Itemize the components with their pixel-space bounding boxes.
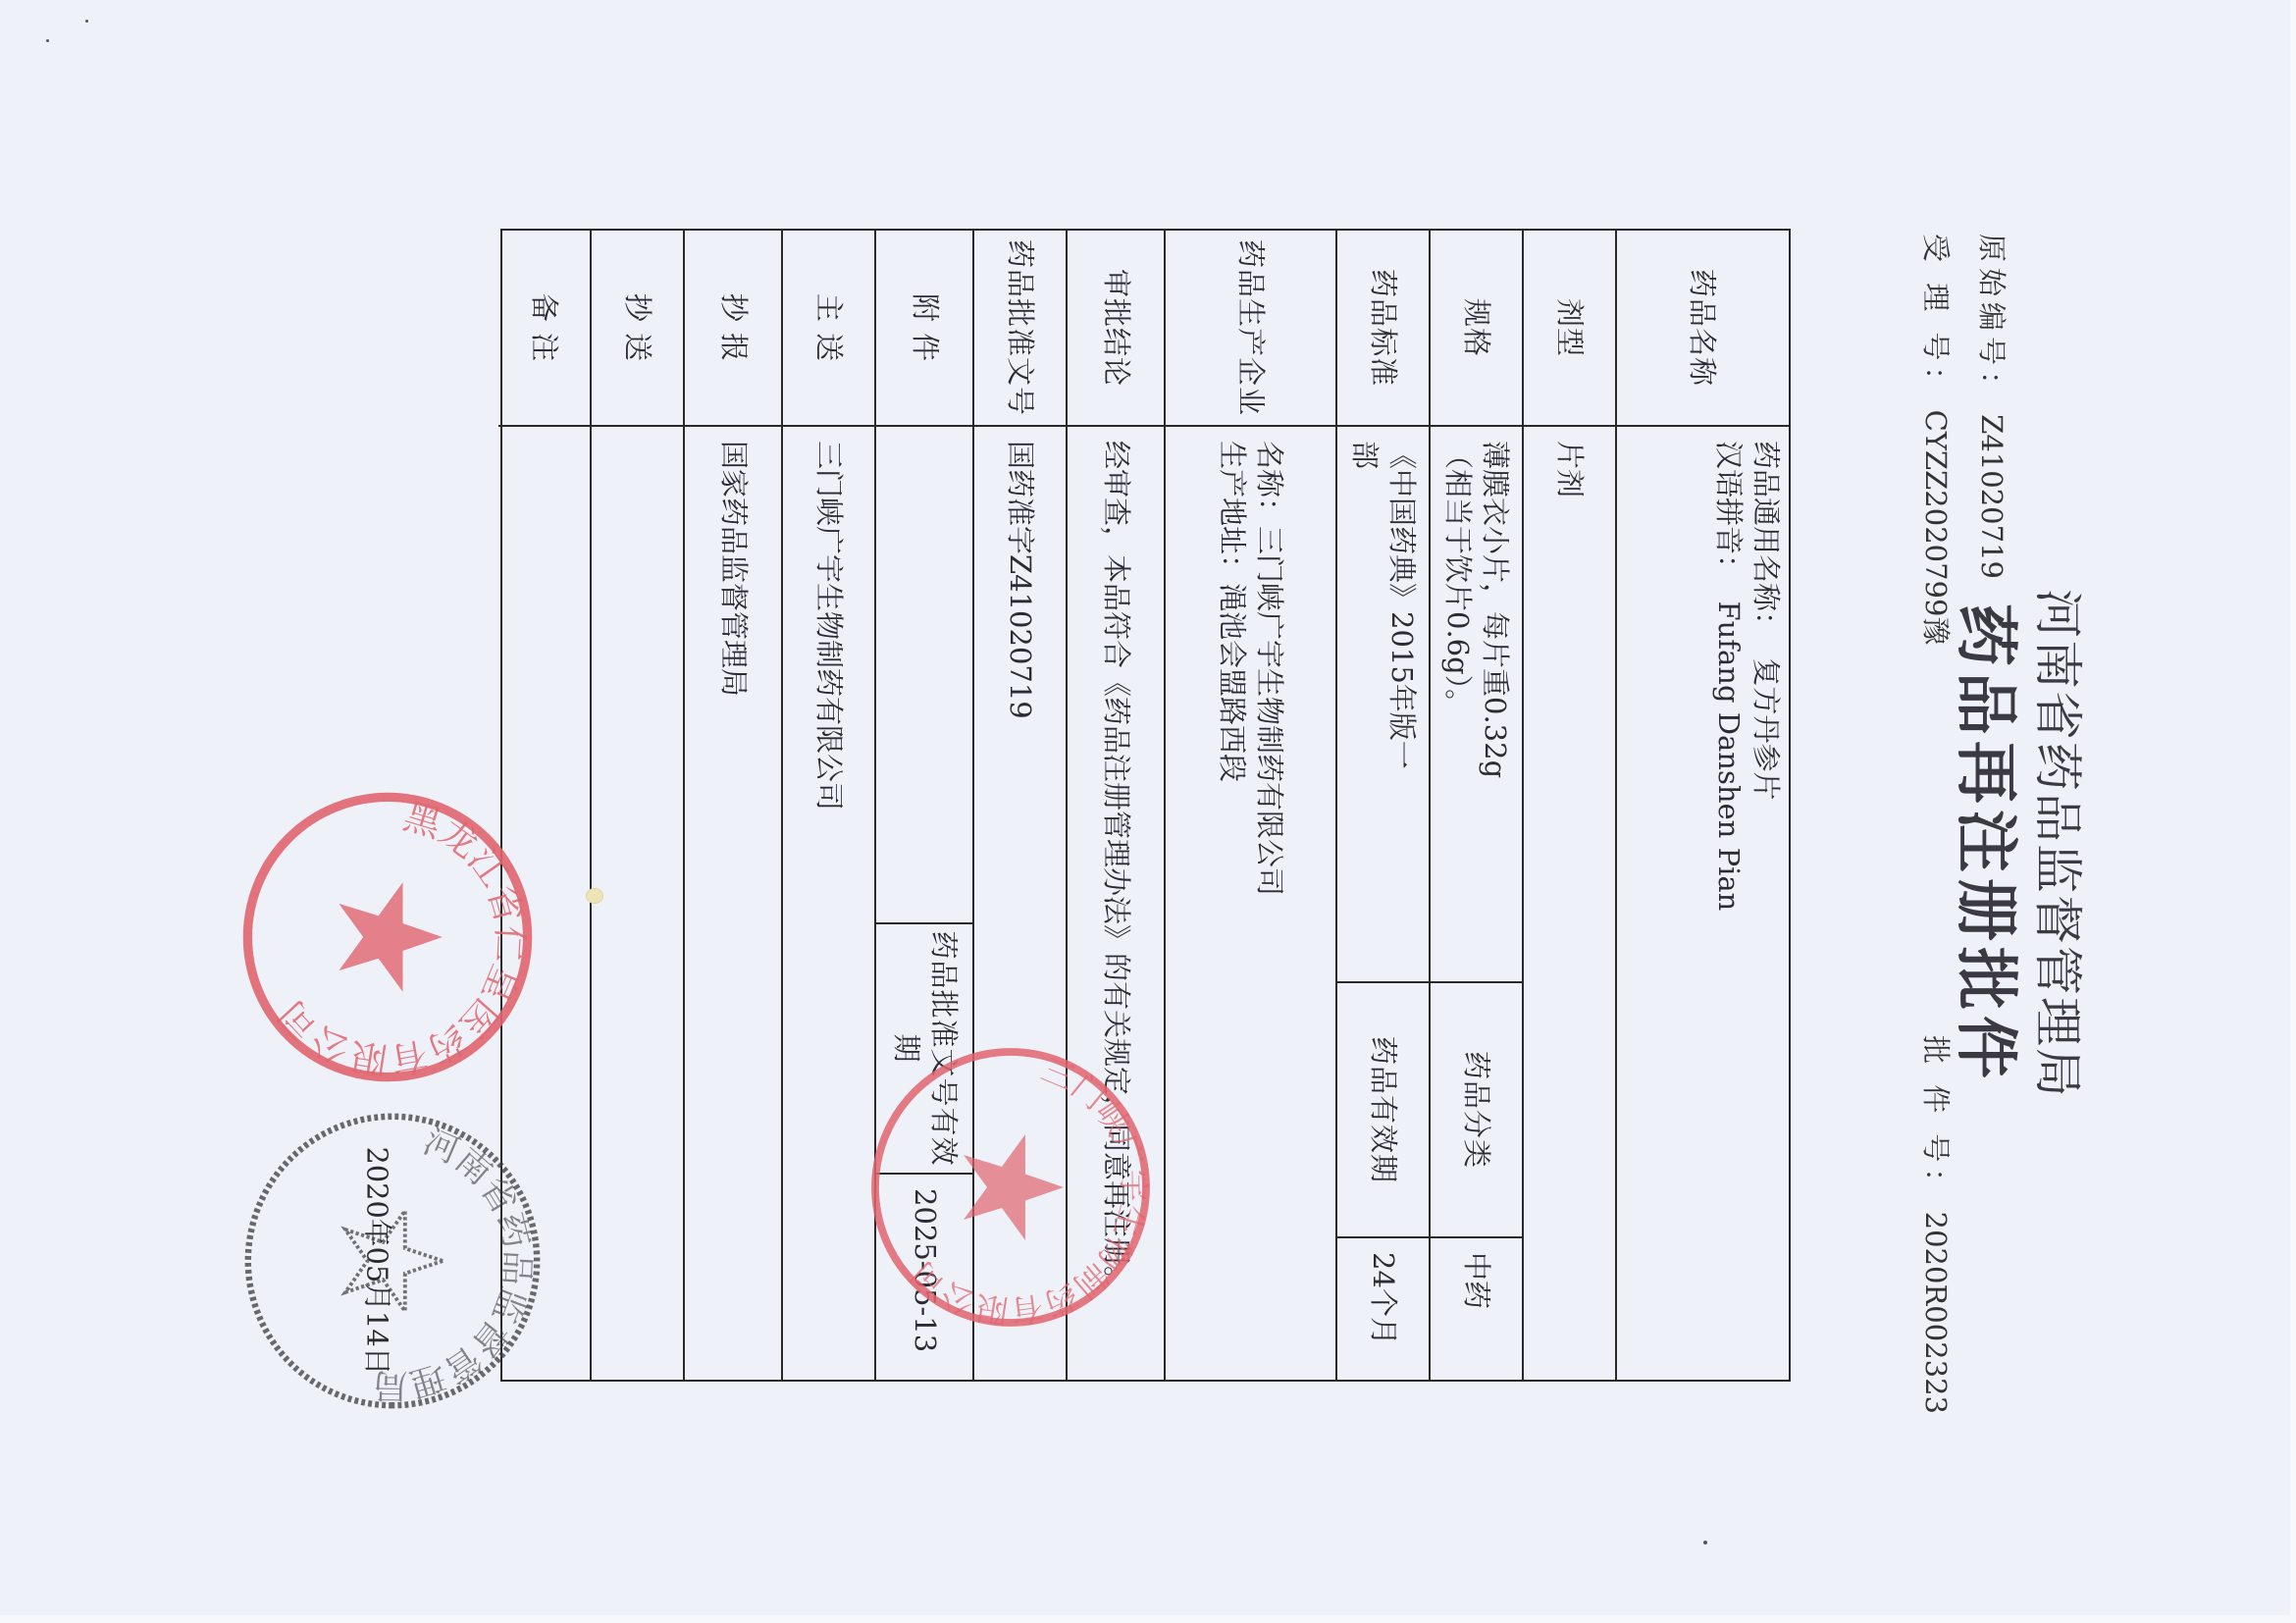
original-number-label: 原始编号： (1975, 234, 2009, 405)
company-seal: 三门峡广宇生物制药有限公司 (863, 1040, 1158, 1335)
acceptance-number: 受 理 号： CYZZ2020799豫 (1917, 234, 1957, 645)
copy-to-value (592, 427, 685, 1379)
original-number: 原始编号： Z41020719 (1973, 234, 2013, 579)
specification-line-1: 薄膜衣小片，每片重0.32g (1478, 441, 1515, 778)
drug-name-value: 药品通用名称： 复方丹参片 汉语拼音： Fufang Danshen Pian (1617, 427, 1789, 1379)
manufacturer-address: 渑池会盟路西段 (1217, 583, 1250, 782)
drug-name-label: 药品名称 (1617, 231, 1789, 425)
standard-line-2: 部 (1347, 441, 1384, 469)
dosage-form-label: 剂型 (1524, 231, 1617, 425)
common-name: 复方丹参片 (1749, 657, 1783, 800)
issuing-organization: 河南省药品监督管理局 (2026, 550, 2097, 1138)
agent-seal: 黑龙江省仁皇医药有限公司 (235, 785, 540, 1089)
standard-line-1: 《中国药典》2015年版一 (1384, 441, 1422, 769)
pinyin: Fufang Danshen Pian (1712, 601, 1746, 911)
report-to-label: 抄 报 (685, 231, 783, 425)
report-to-value: 国家药品监督管理局 (685, 427, 783, 1379)
manufacturer-value: 名称：三门峡广宇生物制药有限公司 生产地址：渑池会盟路西段 (1166, 427, 1337, 1379)
common-name-label: 药品通用名称： (1749, 441, 1783, 640)
acceptance-number-value: CYZZ2020799豫 (1919, 410, 1953, 646)
paper-stain (586, 888, 603, 904)
dosage-form-value: 片剂 (1524, 427, 1617, 976)
validity-value: 24个月 (1337, 1238, 1431, 1381)
specification-value: 薄膜衣小片，每片重0.32g （相当于饮片0.6g）。 (1431, 427, 1524, 981)
scan-speck (46, 39, 49, 42)
authority-seal-date: 2020年05月14日 (360, 1147, 393, 1376)
manufacturer-name: 三门峡广宇生物制药有限公司 (1254, 526, 1287, 896)
validity-label: 药品有效期 (1337, 983, 1431, 1236)
manufacturer-name-label: 名称： (1254, 441, 1287, 526)
manufacturer-address-label: 生产地址： (1217, 441, 1250, 583)
authority-seal: 河南省药品监督管理局 2020年05月14日 (235, 1104, 549, 1418)
category-label: 药品分类 (1431, 983, 1524, 1236)
approval-number: 批 件 号： 2020R002323 (1917, 1035, 1957, 1414)
document-title: 药品再注册批件 (1946, 471, 2036, 1217)
pinyin-label: 汉语拼音： (1712, 441, 1746, 583)
original-number-value: Z41020719 (1975, 414, 2009, 579)
main-recipient-label: 主 送 (783, 231, 876, 425)
attachment-value (876, 427, 974, 917)
authority-seal-text: 河南省药品监督管理局 (373, 1122, 538, 1406)
approval-number-value: 2020R002323 (1919, 1212, 1953, 1414)
svg-text:河南省药品监督管理局: 河南省药品监督管理局 (373, 1122, 538, 1406)
standard-value: 《中国药典》2015年版一 部 (1337, 427, 1431, 981)
remarks-label: 备 注 (498, 231, 592, 425)
specification-label: 规格 (1431, 231, 1524, 425)
manufacturer-label: 药品生产企业 (1166, 231, 1337, 425)
scan-speck (85, 20, 88, 23)
main-recipient-value: 三门峡广宇生物制药有限公司 (783, 427, 876, 1379)
specification-line-2: （相当于饮片0.6g）。 (1440, 441, 1478, 717)
attachment-label: 附 件 (876, 231, 974, 425)
approval-doc-number-label: 药品批准文号 (974, 231, 1068, 425)
scan-speck (1703, 1541, 1707, 1544)
approval-doc-number-value: 国药准字Z41020719 (974, 427, 1068, 917)
approval-number-label: 批 件 号： (1919, 1035, 1953, 1202)
standard-label: 药品标准 (1337, 231, 1431, 425)
copy-to-label: 抄 送 (592, 231, 685, 425)
category-value: 中药 (1431, 1238, 1524, 1381)
conclusion-label: 审批结论 (1068, 231, 1166, 425)
document-page: 河南省药品监督管理局 药品再注册批件 原始编号： Z41020719 受 理 号… (0, 0, 2296, 1623)
acceptance-number-label: 受 理 号： (1919, 234, 1953, 400)
